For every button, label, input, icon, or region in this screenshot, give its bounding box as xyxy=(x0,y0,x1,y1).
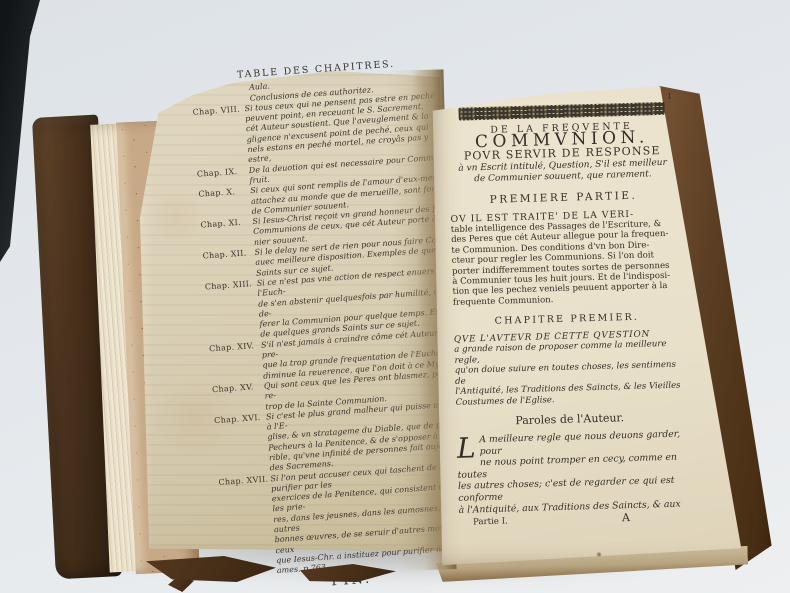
catchword: A xyxy=(622,513,630,524)
chapter-argument: QVE L'AVTEVR DE CETTE QVESTION a grande … xyxy=(454,328,683,408)
ink-spot xyxy=(596,552,602,557)
chapter-label: Chap. XIII. xyxy=(205,279,261,344)
photo-scene: TABLE DES CHAPITRES. Aula. Conclusions d… xyxy=(0,0,790,593)
argument-lines: table intelligence des Passages de l'Esc… xyxy=(451,219,680,309)
part-argument: OV IL EST TRAITE' DE LA VERI- table inte… xyxy=(450,208,680,308)
chapter-label: Chap. X. xyxy=(198,186,252,220)
subtitle-italic-lines: à vn Escrit intitulé, Question, S'il est… xyxy=(449,158,676,185)
chapter-label: Chap. XVI. xyxy=(214,412,270,477)
chapter-argument-lines: a grande raison de proposer comme la mei… xyxy=(454,339,683,409)
signature-mark: Partie I. xyxy=(473,517,508,528)
premiere-partie-heading: PREMIERE PARTIE. xyxy=(450,190,677,207)
chapter-label: Chap. XI. xyxy=(200,217,254,251)
chapter-label: Chap. XV. xyxy=(212,382,266,416)
woodcut-frieze-icon xyxy=(458,102,664,121)
chapter-label: Chap. XIV. xyxy=(209,340,264,385)
chapitre-premier-heading: CHAPITRE PREMIER. xyxy=(453,312,680,329)
chapter-label: Chap. XII. xyxy=(202,248,256,282)
body-lines: A meilleure regle que nous deuons garder… xyxy=(457,429,686,516)
chapter-label: Chap. VIII. xyxy=(192,104,248,169)
right-page-text: 1 DE LA FREQVENTE COMMVNION. POVR SERVIR… xyxy=(447,86,686,529)
paroles-heading: Paroles de l'Auteur. xyxy=(456,411,683,428)
dropcap-letter: L xyxy=(457,434,480,460)
page-number: 1 xyxy=(667,92,672,103)
body-paragraph: L A meilleure regle que nous deuons gard… xyxy=(457,429,686,516)
